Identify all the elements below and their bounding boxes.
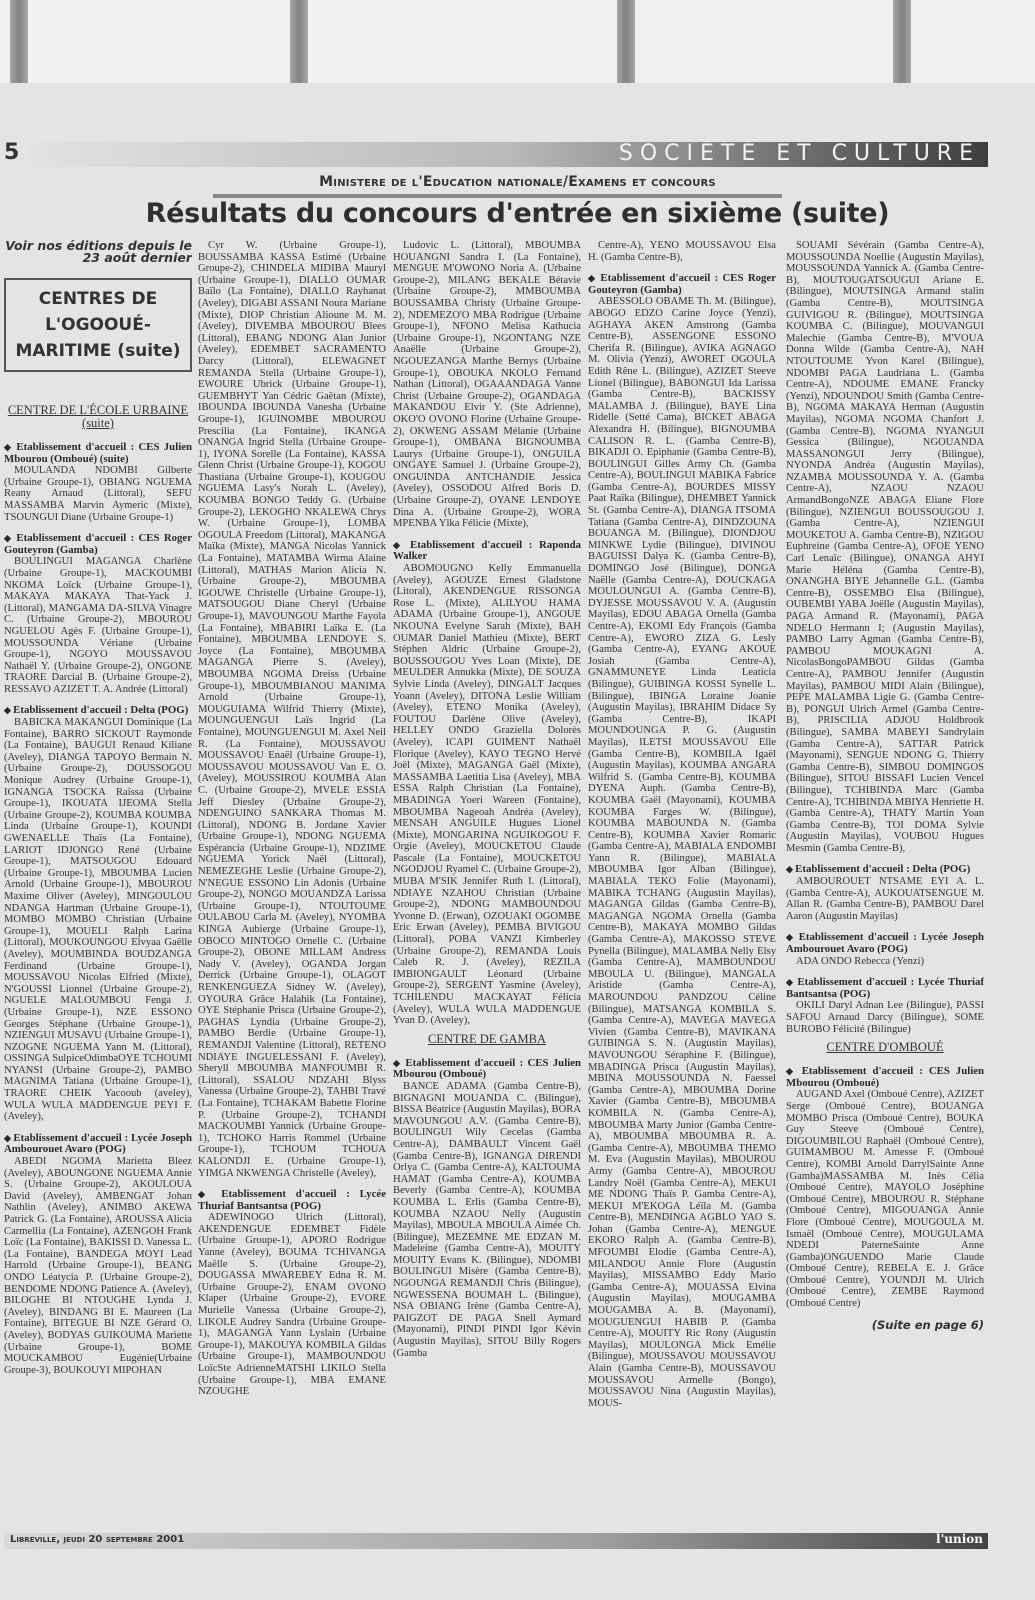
column-2: Cyr W. (Urbaine Groupe-1), BOUSSAMBA KAS… <box>198 240 386 1398</box>
establishment-heading: Etablissement d'accueil : CES Roger Gout… <box>588 273 776 296</box>
candidate-list: BABICKA MAKANGUI Dominique (La Fontaine)… <box>4 717 192 1123</box>
column-body: Centre-A), YENO MOUSSAVOU Elsa H. (Gamba… <box>588 240 776 1409</box>
candidate-list: SOUAMI Sévérain (Gamba Centre-A), MOUSSO… <box>786 240 984 854</box>
candidate-list: ABOMOUGNO Kelly Emmanuella (Aveley), AGO… <box>393 563 581 1027</box>
candidate-list: BANCE ADAMA (Gamba Centre-B), BIGNAGNI M… <box>393 1081 581 1359</box>
scan-artifact <box>290 0 308 83</box>
candidate-list: MOULANDA NDOMBI Gilberte (Urbaine Groupe… <box>4 465 192 523</box>
headline: Résultats du concours d'entrée en sixièm… <box>0 198 1035 229</box>
candidate-list: BOULINGUI MAGANGA Charlène (Urbaine Grou… <box>4 556 192 695</box>
centre-heading: CENTRE DE L'ÉCOLE URBAINE (suite) <box>4 404 192 430</box>
establishment-heading: Etablissement d'accueil : Raponda Walker <box>393 540 581 563</box>
kicker: Ministere de l'Education nationale/Exame… <box>0 174 1035 190</box>
establishment-heading: Etablissement d'accueil : CES Julien Mbo… <box>786 1066 984 1089</box>
section-banner: SOCIÉTÉ ET CULTURE <box>28 142 988 167</box>
scan-margin <box>0 0 1035 83</box>
newspaper-brand: l'union <box>936 1532 983 1546</box>
region-box-title: CENTRES DE L'OGOOUÉ-MARITIME (suite) <box>4 278 192 372</box>
scan-artifact <box>10 0 28 83</box>
establishment-heading: Etablissement d'accueil : Delta (POG) <box>786 864 984 876</box>
candidate-list: Ludovic L. (Littoral), MBOUMBA HOUANGNI … <box>393 240 581 530</box>
establishment-heading: Etablissement d'accueil : Lycée Joseph A… <box>4 1133 192 1156</box>
page-number: 5 <box>4 140 19 165</box>
establishment-heading: Etablissement d'accueil : Lycée Thuriaf … <box>786 977 984 1000</box>
scan-artifact <box>617 0 635 83</box>
establishment-heading: Etablissement d'accueil : Lycée Joseph A… <box>786 932 984 955</box>
candidate-list: AMBOUROUET NTSAME EYI A. L. (Gamba Centr… <box>786 876 984 922</box>
scan-artifact <box>893 0 911 83</box>
column-3: Ludovic L. (Littoral), MBOUMBA HOUANGNI … <box>393 240 581 1359</box>
column-body: CENTRE DE L'ÉCOLE URBAINE (suite)Etablis… <box>4 404 192 1376</box>
establishment-heading: Etablissement d'accueil : CES Roger Gout… <box>4 533 192 556</box>
establishment-heading: Etablissement d'accueil : Lycée Thuriaf … <box>198 1189 386 1212</box>
centre-heading: CENTRE DE GAMBA <box>393 1033 581 1046</box>
column-4: Centre-A), YENO MOUSSAVOU Elsa H. (Gamba… <box>588 240 776 1409</box>
continued-note: (Suite en page 6) <box>786 1320 984 1332</box>
establishment-heading: Etablissement d'accueil : Delta (POG) <box>4 705 192 717</box>
see-editions-note: Voir nos éditions depuis le 23 août dern… <box>4 240 192 264</box>
candidate-list: ABESSOLO OBAME Th. M. (Bilingue), ABOGO … <box>588 296 776 1409</box>
column-5: SOUAMI Sévérain (Gamba Centre-A), MOUSSO… <box>786 240 984 1331</box>
section-title: SOCIÉTÉ ET CULTURE <box>619 141 980 166</box>
column-1: Voir nos éditions depuis le 23 août dern… <box>4 240 192 1376</box>
column-body: Ludovic L. (Littoral), MBOUMBA HOUANGNI … <box>393 240 581 1359</box>
candidate-list: ADEWINOGO Ulrich (Littoral), AKENDENGUE … <box>198 1212 386 1398</box>
column-body: Cyr W. (Urbaine Groupe-1), BOUSSAMBA KAS… <box>198 240 386 1398</box>
candidate-list: ABEDI NGOMA Marietta Bleez (Aveley), ABO… <box>4 1156 192 1376</box>
candidate-list: Centre-A), YENO MOUSSAVOU Elsa H. (Gamba… <box>588 240 776 263</box>
establishment-heading: Etablissement d'accueil : CES Julien Mbo… <box>4 442 192 465</box>
footer-date: Libreville, jeudi 20 septembre 2001 <box>10 1534 184 1545</box>
candidate-list: ADA ONDO Rebecca (Yenzi) <box>786 956 984 968</box>
column-body: SOUAMI Sévérain (Gamba Centre-A), MOUSSO… <box>786 240 984 1310</box>
candidate-list: OKILI Daryl Adnan Lee (Bilingue), PASSI … <box>786 1000 984 1035</box>
candidate-list: AUGAND Axel (Omboué Centre), AZIZET Serg… <box>786 1089 984 1309</box>
establishment-heading: Etablissement d'accueil : CES Julien Mbo… <box>393 1058 581 1081</box>
candidate-list: Cyr W. (Urbaine Groupe-1), BOUSSAMBA KAS… <box>198 240 386 1179</box>
centre-heading: CENTRE D'OMBOUÉ <box>786 1041 984 1054</box>
